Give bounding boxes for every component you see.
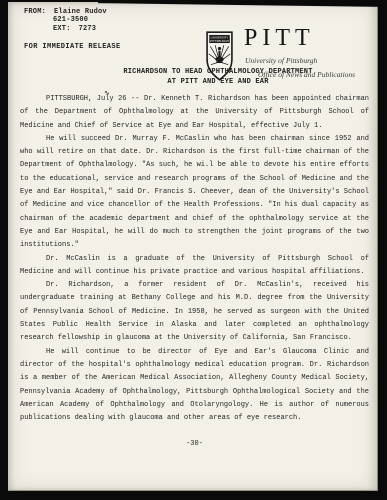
paragraph-5: He will continue to be director of Eye a… bbox=[20, 346, 369, 426]
ext-number: 7273 bbox=[79, 25, 97, 33]
paragraph-3: Dr. McCaslin is a graduate of the Univer… bbox=[20, 253, 369, 280]
shield-text-line2: PITTSBURGH bbox=[210, 39, 229, 43]
contact-phone: 621-3500 bbox=[53, 16, 107, 24]
university-name-line: University of Pittsburgh bbox=[245, 56, 317, 65]
headline-line2: AT PITT AND EYE AND EAR bbox=[48, 78, 387, 88]
lamp-base bbox=[216, 61, 222, 63]
headline-line1: RICHARDSON TO HEAD OPHTHALMOLOGY DEPARTM… bbox=[48, 68, 387, 78]
paragraph-1: PITTSBURGH, July 26 -- Dr. Kenneth T. Ri… bbox=[20, 93, 369, 133]
headline: RICHARDSON TO HEAD OPHTHALMOLOGY DEPARTM… bbox=[48, 68, 387, 87]
contact-block: FROM:Elaine Rudov 621-3500 EXT:7273 bbox=[24, 8, 107, 33]
pitt-wordmark: PITT bbox=[244, 25, 315, 52]
contact-from-line: FROM:Elaine Rudov bbox=[24, 8, 107, 16]
paragraph-2: He will succeed Dr. Murray F. McCaslin w… bbox=[20, 133, 369, 253]
lamp-bowl bbox=[215, 57, 224, 62]
from-label: FROM: bbox=[24, 8, 46, 16]
contact-name: Elaine Rudov bbox=[54, 8, 107, 16]
ext-label: EXT: bbox=[53, 25, 71, 33]
handwritten-annotation: ∿ bbox=[104, 87, 109, 100]
scan-edge-bottom bbox=[0, 491, 387, 500]
end-mark: -30- bbox=[20, 438, 369, 451]
article-body: ∿ PITTSBURGH, July 26 -- Dr. Kenneth T. … bbox=[20, 93, 369, 452]
contact-ext-line: EXT:7273 bbox=[53, 25, 107, 33]
paragraph-4: Dr. Richardson, a former resident of Dr.… bbox=[20, 279, 369, 345]
release-line: FOR IMMEDIATE RELEASE bbox=[24, 43, 121, 51]
lamp-stem bbox=[218, 51, 220, 57]
scanned-document: FROM:Elaine Rudov 621-3500 EXT:7273 FOR … bbox=[0, 0, 387, 500]
press-release-page: FROM:Elaine Rudov 621-3500 EXT:7273 FOR … bbox=[8, 2, 378, 491]
lamp-flame bbox=[218, 47, 221, 50]
